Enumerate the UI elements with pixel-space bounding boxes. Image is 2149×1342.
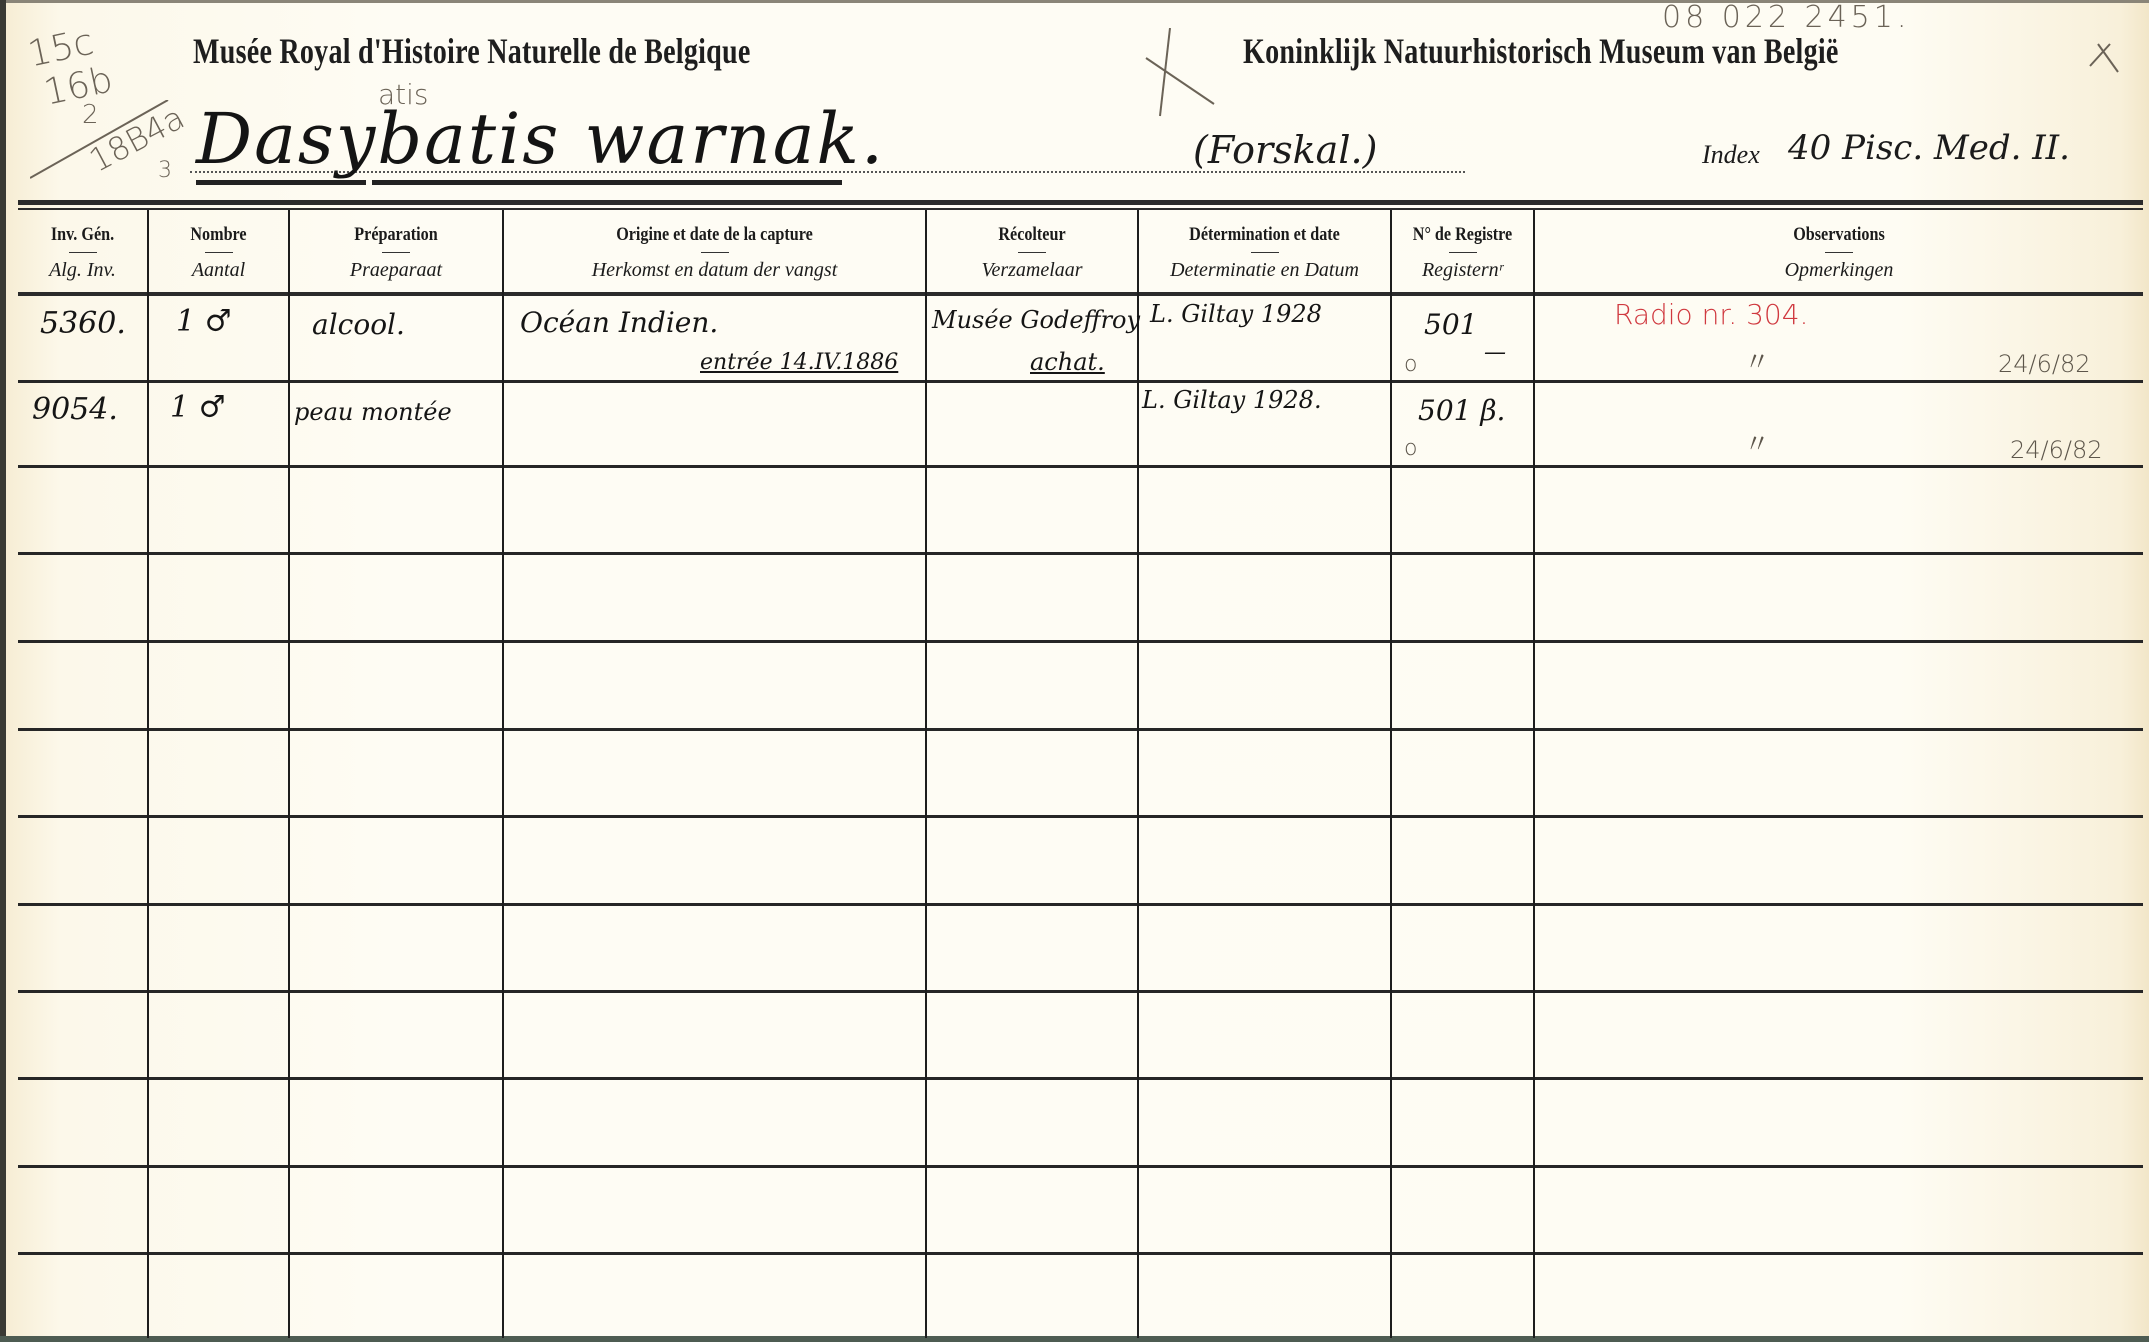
cell-preparation: alcool. [312,308,405,341]
species-genus-underline [196,180,366,185]
index-value: 40 Pisc. Med. II. [1788,128,2070,168]
index-card: 15c 16b 2 18B4a 3 Musée Royal d'Histoire… [0,0,2149,1342]
cell-nombre: 1 ♂ [176,304,232,339]
column-header-determination-nl: Determinatie en Datum [1139,259,1390,282]
column-header-observations-nl: Opmerkingen [1535,259,2143,282]
species-author: (Forskal.) [1193,128,1377,172]
column-divider [147,210,149,1338]
column-header-registre: N° de Registre Registernʳ [1392,210,1533,292]
cell-preparation: peau montée [294,398,452,426]
cell-inv: 9054. [32,392,118,427]
institution-name-fr: Musée Royal d'Histoire Naturelle de Belg… [193,30,751,72]
column-divider [502,210,504,1338]
header-dash [1251,252,1279,253]
cell-determination: L. Giltay 1928. [1142,386,1322,414]
row-divider [18,640,2143,643]
column-header-inv-fr: Inv. Gén. [28,224,138,246]
card-bottom-edge [0,1336,2149,1342]
row-divider [18,1252,2143,1255]
column-header-origine-fr: Origine et date de la capture [536,224,894,246]
cell-observation-red: Radio nr. 304. [1614,298,1808,331]
cell-registre-dash: — [1484,340,1506,365]
column-header-registre-nl: Registernʳ [1392,259,1533,282]
column-header-observations: Observations Opmerkingen [1535,210,2143,292]
corner-x-mark-icon [2086,40,2122,76]
row-divider [18,815,2143,818]
column-header-preparation-fr: Préparation [306,224,486,246]
cell-origine: Océan Indien. [520,306,718,339]
cell-registre: 501 [1424,308,1477,341]
card-left-edge [0,0,6,1342]
row-divider [18,380,2143,383]
column-header-determination: Détermination et date Determinatie en Da… [1139,210,1390,292]
table-top-rule [18,200,2143,205]
header-dash [382,252,410,253]
column-header-preparation: Préparation Praeparaat [290,210,502,292]
row-divider [18,728,2143,731]
column-divider [1533,210,1535,1338]
column-header-observations-fr: Observations [1581,224,2098,246]
column-divider [1137,210,1139,1338]
column-header-preparation-nl: Praeparaat [290,259,502,282]
header-dash [1449,252,1477,253]
cell-observation-ditto: 〃 [1744,424,1770,461]
species-name: Dasybatis warnak. [196,98,885,180]
column-header-recolteur: Récolteur Verzamelaar [927,210,1137,292]
cell-inv: 5360. [40,306,126,341]
column-header-nombre: Nombre Aantal [149,210,288,292]
institution-name-nl: Koninklijk Natuurhistorisch Museum van B… [1243,30,1839,72]
header-dash [701,252,729,253]
column-divider [925,210,927,1338]
header-dash [1018,252,1046,253]
column-header-inv: Inv. Gén. Alg. Inv. [18,210,147,292]
species-epithet-underline [372,180,842,185]
column-divider [1390,210,1392,1338]
cell-recolteur-note: achat. [1030,348,1105,376]
species-correction: atis [378,78,429,111]
cell-observation-date: 24/6/82 [2010,436,2103,464]
header-dash [69,252,97,253]
margin-slash-mark [30,100,170,180]
column-header-registre-fr: N° de Registre [1403,224,1523,246]
cell-registre: 501 β. [1418,394,1505,427]
column-header-nombre-nl: Aantal [149,259,288,282]
cross-mark-icon [1140,28,1220,118]
row-divider [18,552,2143,555]
cell-registre-mark: o [1404,436,1417,461]
column-header-nombre-fr: Nombre [159,224,277,246]
cell-observation-date: 24/6/82 [1998,350,2091,378]
header-dash [1825,252,1853,253]
row-divider [18,903,2143,906]
cell-origine-date: entrée 14.IV.1886 [700,350,898,375]
column-header-determination-fr: Détermination et date [1158,224,1371,246]
row-divider [18,990,2143,993]
row-divider [18,465,2143,468]
column-header-origine-nl: Herkomst en datum der vangst [504,259,925,282]
cell-recolteur: Musée Godeffroy [932,306,1140,334]
cell-registre-mark: o [1404,352,1417,377]
cell-determination: L. Giltay 1928 [1150,300,1322,328]
cell-observation-ditto: 〃 [1744,342,1770,379]
column-header-recolteur-fr: Récolteur [943,224,1122,246]
index-label: Index [1702,140,1760,170]
row-divider [18,1165,2143,1168]
column-header-inv-nl: Alg. Inv. [18,259,147,282]
column-header-recolteur-nl: Verzamelaar [927,259,1137,282]
column-divider [288,210,290,1338]
column-header-origine: Origine et date de la capture Herkomst e… [504,210,925,292]
cell-nombre: 1 ♂ [170,390,226,425]
table-header-bottom-rule [18,292,2143,296]
catalog-number: 08 022 2451. [1662,0,1910,35]
row-divider [18,1077,2143,1080]
header-dash [205,252,233,253]
